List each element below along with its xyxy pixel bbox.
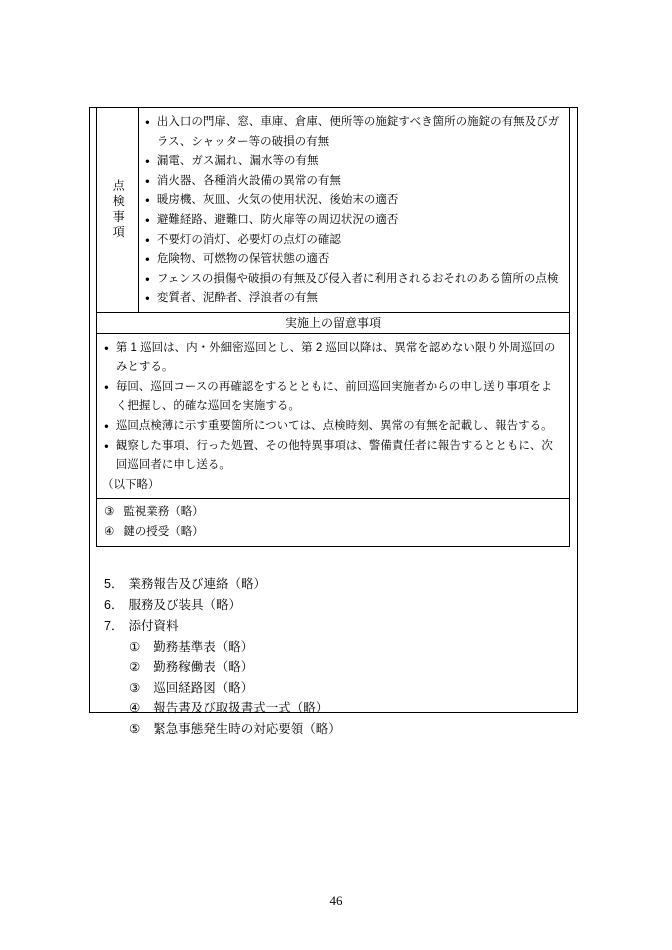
bullet-icon: ●	[145, 230, 150, 250]
bullet-icon: ●	[104, 338, 109, 358]
attachment-label: 巡回経路図（略）	[153, 678, 253, 698]
inspection-items-row: 点検事項 ●出入口の門扉、窓、車庫、倉庫、便所等の施錠すべき箇所の施錠の有無及び…	[97, 108, 569, 313]
notes-header-row: 実施上の留意事項	[97, 313, 569, 334]
circled-number: ⑤	[129, 719, 140, 739]
circled-number: ④	[129, 698, 140, 718]
page-number: 46	[0, 893, 672, 909]
inspection-item: ●避難経路、避難口、防火扉等の周辺状況の適否	[145, 211, 565, 231]
attachment-item: ③ 巡回経路図（略）	[129, 678, 577, 698]
inspection-item: ●フェンスの損傷や破損の有無及び侵入者に利用されるおそれのある箇所の点検	[145, 270, 565, 290]
inspection-header-label: 点検事項	[108, 179, 128, 241]
inspection-item: ●出入口の門扉、窓、車庫、倉庫、便所等の施錠すべき箇所の施錠の有無及びガラス、シ…	[145, 113, 565, 152]
bullet-icon: ●	[145, 113, 150, 133]
bullet-icon: ●	[104, 416, 109, 436]
task-line: ③ 監視業務（略）	[104, 503, 563, 523]
attachment-label: 報告書及び取扱書式一式（略）	[153, 698, 328, 718]
task-label: 監視業務（略）	[123, 503, 204, 523]
bullet-icon: ●	[145, 191, 150, 211]
notes-items-row: ●第 1 巡回は、内・外細密巡回とし、第 2 巡回以降は、異常を認めない限り外周…	[97, 334, 569, 499]
attachment-label: 緊急事態発生時の対応要領（略）	[153, 719, 341, 739]
document-page: 点検事項 ●出入口の門扉、窓、車庫、倉庫、便所等の施錠すべき箇所の施錠の有無及び…	[0, 0, 672, 950]
task-label: 鍵の授受（略）	[123, 523, 204, 543]
patrol-duty-table: 点検事項 ●出入口の門扉、窓、車庫、倉庫、便所等の施錠すべき箇所の施錠の有無及び…	[96, 108, 570, 547]
circled-number: ②	[129, 657, 140, 677]
section-list: 5． 業務報告及び連絡（略） 6． 服務及び装具（略） 7． 添付資料	[104, 574, 577, 637]
section-number: 5．	[104, 574, 123, 595]
attachment-item: ② 勤務稼働表（略）	[129, 657, 577, 677]
note-item: ●第 1 巡回は、内・外細密巡回とし、第 2 巡回以降は、異常を認めない限り外周…	[104, 339, 563, 378]
attachment-item: ⑤ 緊急事態発生時の対応要領（略）	[129, 719, 577, 739]
bullet-icon: ●	[145, 250, 150, 270]
note-item: ●観察した事項、行った処置、その他特異事項は、警備責任者に報告するとともに、次回…	[104, 437, 563, 476]
note-item: ●巡回点検薄に示す重要箇所については、点検時刻、異常の有無を記載し、報告する。	[104, 417, 563, 437]
bullet-icon: ●	[104, 436, 109, 456]
bullet-icon: ●	[104, 377, 109, 397]
inspection-items-cell: ●出入口の門扉、窓、車庫、倉庫、便所等の施錠すべき箇所の施錠の有無及びガラス、シ…	[139, 108, 569, 312]
bullet-icon: ●	[145, 289, 150, 309]
attachment-label: 勤務基準表（略）	[153, 637, 253, 657]
section-number: 6．	[104, 595, 123, 616]
inspection-item: ●変質者、泥酔者、浮浪者の有無	[145, 289, 565, 309]
notes-header-label: 実施上の留意事項	[285, 316, 381, 330]
bullet-icon: ●	[145, 152, 150, 172]
notes-ellipsis: （以下略）	[102, 476, 563, 496]
bullet-icon: ●	[145, 269, 150, 289]
inspection-item: ●消火器、各種消火設備の異常の有無	[145, 172, 565, 192]
note-item: ●毎回、巡回コースの再確認をするとともに、前回巡回実施者からの申し送り事項をよく…	[104, 378, 563, 417]
circled-number: ④	[104, 523, 114, 543]
specification-outer-box: 点検事項 ●出入口の門扉、窓、車庫、倉庫、便所等の施錠すべき箇所の施錠の有無及び…	[89, 107, 578, 713]
attachment-list: ① 勤務基準表（略） ② 勤務稼働表（略） ③ 巡回経路図（略） ④ 報告書及び…	[129, 637, 577, 739]
inspection-item: ●暖房機、灰皿、火気の使用状況、後始末の適否	[145, 191, 565, 211]
section-item: 5． 業務報告及び連絡（略）	[104, 574, 577, 595]
inspection-item: ●不要灯の消灯、必要灯の点灯の確認	[145, 231, 565, 251]
attachment-item: ④ 報告書及び取扱書式一式（略）	[129, 698, 577, 718]
bullet-icon: ●	[145, 210, 150, 230]
numbered-tasks-row: ③ 監視業務（略） ④ 鍵の授受（略）	[97, 499, 569, 546]
section-label: 服務及び装具（略）	[128, 595, 241, 616]
inspection-item: ●危険物、可燃物の保管状態の適否	[145, 250, 565, 270]
circled-number: ①	[129, 637, 140, 657]
section-label: 業務報告及び連絡（略）	[128, 574, 266, 595]
section-label: 添付資料	[128, 616, 178, 637]
attachment-item: ① 勤務基準表（略）	[129, 637, 577, 657]
task-line: ④ 鍵の授受（略）	[104, 523, 563, 543]
section-item: 6． 服務及び装具（略）	[104, 595, 577, 616]
circled-number: ③	[104, 503, 114, 523]
circled-number: ③	[129, 678, 140, 698]
section-item: 7． 添付資料	[104, 616, 577, 637]
attachment-label: 勤務稼働表（略）	[153, 657, 253, 677]
bullet-icon: ●	[145, 171, 150, 191]
inspection-item: ●漏電、ガス漏れ、漏水等の有無	[145, 152, 565, 172]
section-number: 7．	[104, 616, 123, 637]
inspection-header-cell: 点検事項	[97, 108, 139, 312]
